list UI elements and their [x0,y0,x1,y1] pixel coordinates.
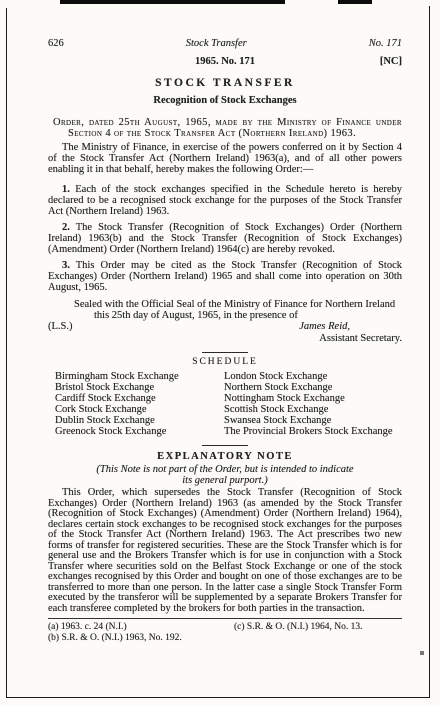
running-header: 626 Stock Transfer No. 171 [48,38,402,49]
running-title: Stock Transfer [186,38,247,49]
scan-edge-left [6,8,7,698]
schedule-item: Greenock Stock Exchange [55,426,224,437]
schedule-heading: SCHEDULE [48,357,402,368]
explanatory-note-disclaimer: (This Note is not part of the Order, but… [94,464,356,486]
year-and-number: 1965. No. 171 [195,56,255,67]
article-3-number: 3. [62,260,70,271]
article-2: 2. The Stock Transfer (Recognition of St… [48,222,402,255]
order-preamble: Order, dated 25th August, 1965, made by … [48,117,402,139]
page-content: 626 Stock Transfer No. 171 1965. No. 171… [48,38,402,644]
schedule-item: Northern Stock Exchange [224,382,402,393]
footnote-a: (a) 1963. c. 24 (N.I.) [48,622,234,633]
scan-edge-top-bar [60,0,285,4]
footnotes-left-column: (a) 1963. c. 24 (N.I.) (b) S.R. & O. (N.… [48,622,234,644]
schedule-column-right: London Stock Exchange Northern Stock Exc… [224,371,402,437]
scan-edge-right [429,6,430,698]
schedule-item: Bristol Stock Exchange [55,382,224,393]
signature-name: James Reid, [299,321,350,332]
article-3: 3. This Order may be cited as the Stock … [48,260,402,293]
article-1-text: Each of the stock exchanges specified in… [48,184,402,217]
footnotes-right-column: (c) S.R. & O. (N.I.) 1964, No. 13. [234,622,402,644]
scan-edge-top-bar-2 [338,0,372,4]
page-number: 626 [48,38,64,49]
article-3-text: This Order may be cited as the Stock Tra… [48,260,402,293]
sealing-clause: Sealed with the Official Seal of the Min… [48,299,402,321]
schedule-item: Scottish Stock Exchange [224,404,402,415]
schedule-item: Nottingham Stock Exchange [224,393,402,404]
schedule-list: Birmingham Stock Exchange Bristol Stock … [48,371,402,437]
schedule-item: Dublin Stock Exchange [55,415,224,426]
article-1-number: 1. [62,184,70,195]
document-subtitle: Recognition of Stock Exchanges [48,95,402,106]
schedule-item: London Stock Exchange [224,371,402,382]
signature-row: (L.S.) James Reid, [48,321,402,332]
schedule-item: The Provincial Brokers Stock Exchange [224,426,402,437]
note-divider-rule [202,445,248,446]
ministry-paragraph: The Ministry of Finance, in exercise of … [48,142,402,175]
explanatory-note-heading: EXPLANATORY NOTE [48,451,402,462]
schedule-item: Birmingham Stock Exchange [55,371,224,382]
footnote-separator-rule [48,618,402,619]
schedule-divider-rule [202,352,248,353]
statute-number-line: 1965. No. 171 [NC] [48,56,402,67]
document-title: STOCK TRANSFER [48,78,402,89]
signature-title: Assistant Secretary. [48,333,402,344]
schedule-column-left: Birmingham Stock Exchange Bristol Stock … [48,371,224,437]
schedule-item: Cork Stock Exchange [55,404,224,415]
footnotes: (a) 1963. c. 24 (N.I.) (b) S.R. & O. (N.… [48,622,402,644]
article-2-text: The Stock Transfer (Recognition of Stock… [48,222,402,255]
schedule-item: Swansea Stock Exchange [224,415,402,426]
explanatory-note-body: This Order, which supersedes the Stock T… [48,488,402,614]
scan-speckle [420,651,424,655]
article-1: 1. Each of the stock exchanges specified… [48,184,402,217]
doc-number: No. 171 [369,38,402,49]
schedule-item: Cardiff Stock Exchange [55,393,224,404]
footnote-c: (c) S.R. & O. (N.I.) 1964, No. 13. [234,622,402,633]
article-2-number: 2. [62,222,70,233]
footnote-b: (b) S.R. & O. (N.I.) 1963, No. 192. [48,633,234,644]
nc-tag: [NC] [380,56,402,67]
seal-mark: (L.S.) [48,321,73,332]
document-page: 626 Stock Transfer No. 171 1965. No. 171… [0,0,440,705]
scan-edge-bottom [6,697,430,698]
